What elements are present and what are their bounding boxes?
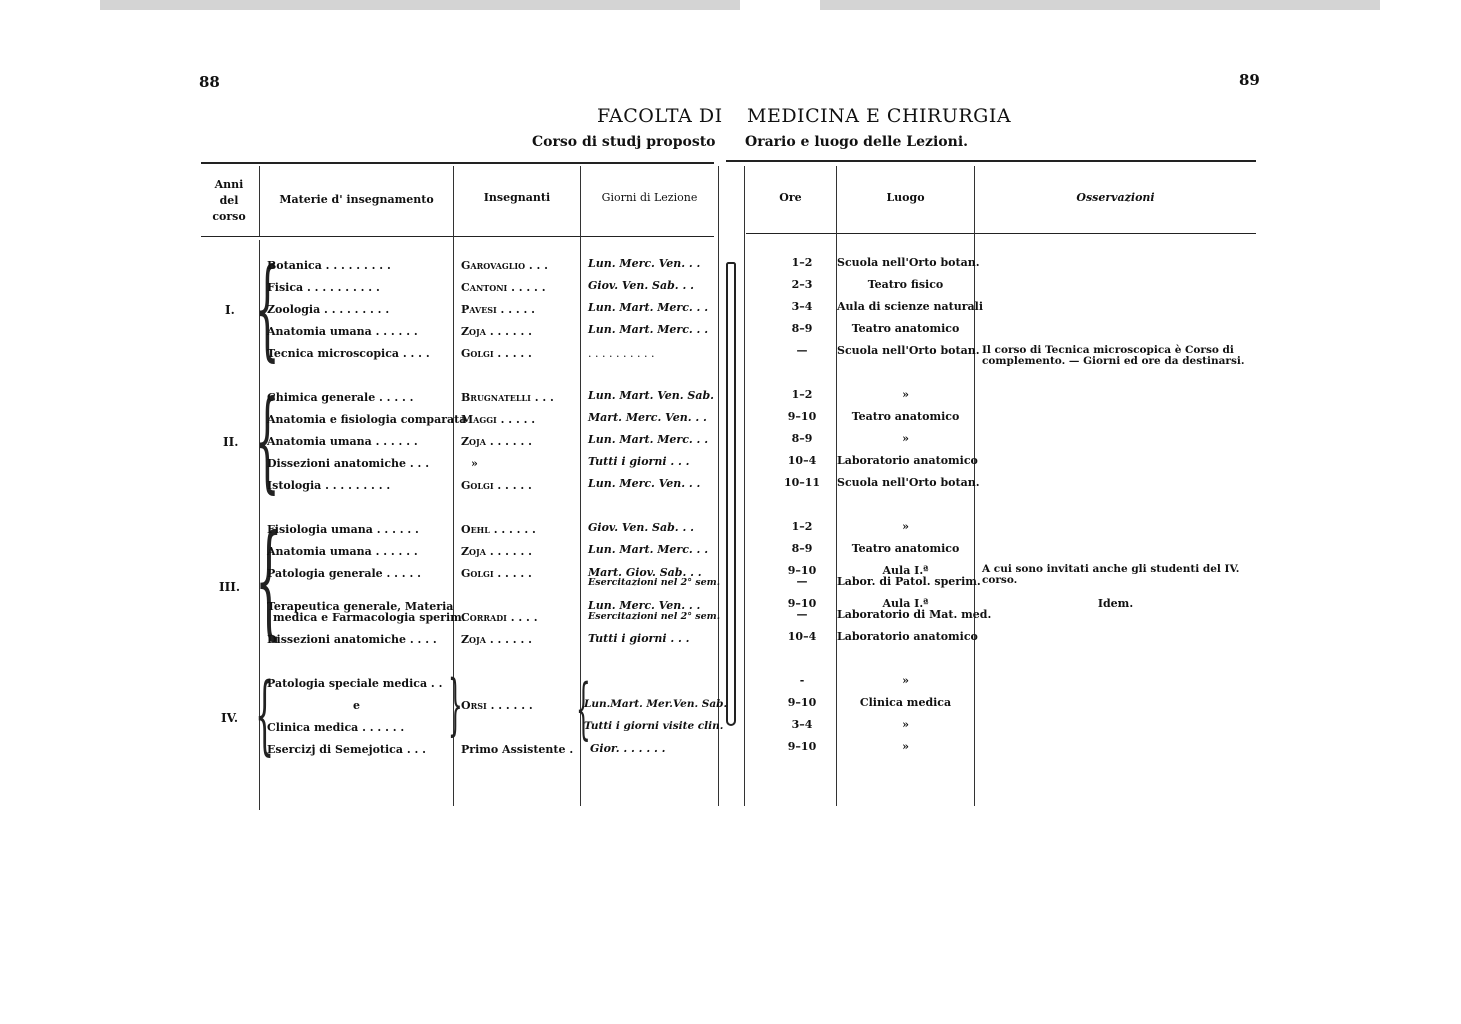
page-number-right: 89 — [1239, 71, 1260, 89]
osservazione: A cui sono invitati anche gli studenti d… — [982, 564, 1254, 586]
materia: Dissezioni anatomiche . . . . — [267, 633, 437, 646]
insegnante: Oehl . . . . . . — [461, 523, 536, 536]
luogo: Teatro anatomico — [837, 410, 974, 423]
year-label: IV. — [221, 711, 238, 725]
ore: 10–4 — [770, 454, 834, 467]
luogo: Scuola nell'Orto botan. — [837, 256, 974, 269]
ore: 9–10 — [770, 740, 834, 753]
luogo: Laboratorio di Mat. med. — [837, 608, 974, 621]
luogo: » — [837, 388, 974, 401]
luogo: Teatro fisico — [837, 278, 974, 291]
luogo: Scuola nell'Orto botan. — [837, 476, 974, 489]
ore: 8–9 — [770, 322, 834, 335]
giorni: . . . . . . . . . . — [588, 347, 654, 360]
ore: 8–9 — [770, 542, 834, 555]
insegnante: Golgi . . . . . — [461, 567, 532, 580]
luogo: Labor. di Patol. sperim. — [837, 575, 974, 588]
giorni: Giov. Ven. Sab. . . — [588, 279, 694, 292]
insegnante: Golgi . . . . . — [461, 347, 532, 360]
header-anni: Anni del corso — [205, 177, 253, 225]
ore: 10–4 — [770, 630, 834, 643]
giorni-note: Esercitazioni nel 2° sem. — [588, 610, 720, 623]
year-label: II. — [223, 435, 238, 449]
ore: — — [770, 344, 834, 357]
materia: Chimica generale . . . . . — [267, 391, 414, 404]
luogo: Teatro anatomico — [837, 322, 974, 335]
giorni: Lun. Merc. Ven. . . — [588, 257, 700, 270]
giorni: Lun. Mart. Merc. . . — [588, 301, 708, 314]
ore: 1–2 — [770, 520, 834, 533]
insegnante: Corradi . . . . — [461, 611, 538, 624]
giorni: Giov. Ven. Sab. . . — [588, 521, 694, 534]
header-insegnanti: Insegnanti — [454, 190, 580, 206]
giorni: Lun. Mart. Merc. . . — [588, 323, 708, 336]
insegnante: Pavesi . . . . . — [461, 303, 535, 316]
insegnante: Brugnatelli . . . — [461, 391, 554, 404]
luogo: Teatro anatomico — [837, 542, 974, 555]
ore: 1–2 — [770, 256, 834, 269]
year-label: III. — [219, 580, 240, 594]
luogo: » — [837, 432, 974, 445]
materia: Esercizj di Semejotica . . . — [267, 743, 426, 756]
materia: Anatomia umana . . . . . . — [267, 545, 418, 558]
brace-icon: { — [255, 519, 283, 643]
materia: Patologia speciale medica . . — [267, 677, 442, 690]
materia: Anatomia umana . . . . . . — [267, 435, 418, 448]
ore: 10–11 — [770, 476, 834, 489]
header-osservazioni: Osservazioni — [975, 190, 1256, 206]
scan-noise — [820, 0, 1380, 10]
header-ore: Ore — [745, 190, 836, 206]
materia: Tecnica microscopica . . . . — [267, 347, 430, 360]
year-label: I. — [225, 303, 235, 317]
materia: Fisica . . . . . . . . . . — [267, 281, 380, 294]
materia: e — [353, 699, 360, 712]
title-left: FACOLTA DI — [597, 105, 723, 127]
insegnante: Zoja . . . . . . — [461, 435, 532, 448]
header-materie: Materie d' insegnamento — [260, 192, 453, 208]
ore: — — [770, 608, 834, 621]
insegnante: Orsi . . . . . . — [461, 699, 533, 712]
title-right: MEDICINA E CHIRURGIA — [747, 105, 1011, 127]
giorni: Lun. Mart. Merc. . . — [588, 543, 708, 556]
header-giorni: Giorni di Lezione — [581, 190, 718, 206]
insegnante: Zoja . . . . . . — [461, 633, 532, 646]
giorni-note: Esercitazioni nel 2° sem. — [588, 576, 720, 589]
ore: 3–4 — [770, 718, 834, 731]
materia: Istologia . . . . . . . . . — [267, 479, 390, 492]
luogo: Clinica medica — [837, 696, 974, 709]
gutter-binding-mark — [726, 262, 736, 726]
top-rule-left — [201, 162, 714, 164]
ore: 8–9 — [770, 432, 834, 445]
ore: 9–10 — [770, 696, 834, 709]
subtitle-left: Corso di studj proposto — [532, 134, 716, 150]
luogo: Aula di scienze naturali — [837, 300, 974, 313]
insegnante: » — [471, 457, 478, 470]
materia: Anatomia umana . . . . . . — [267, 325, 418, 338]
insegnante: Zoja . . . . . . — [461, 325, 532, 338]
subtitle-right: Orario e luogo delle Lezioni. — [745, 134, 968, 150]
luogo: Laboratorio anatomico — [837, 630, 974, 643]
giorni: Mart. Merc. Ven. . . — [588, 411, 707, 424]
materia: Clinica medica . . . . . . — [267, 721, 404, 734]
header-rule-right — [746, 233, 1256, 234]
ore: — — [770, 575, 834, 588]
giorni: Lun. Mart. Merc. . . — [588, 433, 708, 446]
ore: 3–4 — [770, 300, 834, 313]
insegnante: Garovaglio . . . — [461, 259, 548, 272]
ore: 2–3 — [770, 278, 834, 291]
col-divider — [744, 166, 745, 806]
ore: 9–10 — [770, 410, 834, 423]
insegnante: Golgi . . . . . — [461, 479, 532, 492]
insegnante: Cantoni . . . . . — [461, 281, 546, 294]
materia: Zoologia . . . . . . . . . — [267, 303, 389, 316]
materia: Anatomia e fisiologia comparata — [267, 413, 466, 426]
luogo: » — [837, 674, 974, 687]
luogo: Laboratorio anatomico — [837, 454, 974, 467]
materia: medica e Farmacologia sperim. — [273, 611, 466, 624]
giorni: Gior. . . . . . . — [590, 742, 665, 755]
ore: 1–2 — [770, 388, 834, 401]
materia: Patologia generale . . . . . — [267, 567, 421, 580]
giorni: Tutti i giorni visite clin. — [584, 720, 723, 733]
page-number-left: 88 — [199, 73, 220, 91]
giorni: Lun. Mart. Ven. Sab. — [588, 389, 714, 402]
osservazione: Idem. — [975, 597, 1256, 610]
insegnante: Zoja . . . . . . — [461, 545, 532, 558]
osservazione: Il corso di Tecnica microscopica è Corso… — [982, 345, 1254, 367]
header-rule-left — [201, 236, 714, 237]
luogo: » — [837, 520, 974, 533]
luogo: » — [837, 740, 974, 753]
insegnante: Maggi . . . . . — [461, 413, 535, 426]
giorni: Lun. Merc. Ven. . . — [588, 477, 700, 490]
materia: Dissezioni anatomiche . . . — [267, 457, 429, 470]
giorni: Lun.Mart. Mer.Ven. Sab. — [584, 698, 727, 711]
top-rule-right — [726, 160, 1256, 162]
materia: Botanica . . . . . . . . . — [267, 259, 391, 272]
materia: Fisiologia umana . . . . . . — [267, 523, 419, 536]
luogo: » — [837, 718, 974, 731]
insegnante: Primo Assistente . — [461, 743, 573, 756]
giorni: Tutti i giorni . . . — [588, 632, 690, 645]
giorni: Tutti i giorni . . . — [588, 455, 690, 468]
luogo: Scuola nell'Orto botan. — [837, 344, 974, 357]
ore: - — [770, 674, 834, 687]
header-luogo: Luogo — [837, 190, 974, 206]
scan-noise — [100, 0, 740, 10]
